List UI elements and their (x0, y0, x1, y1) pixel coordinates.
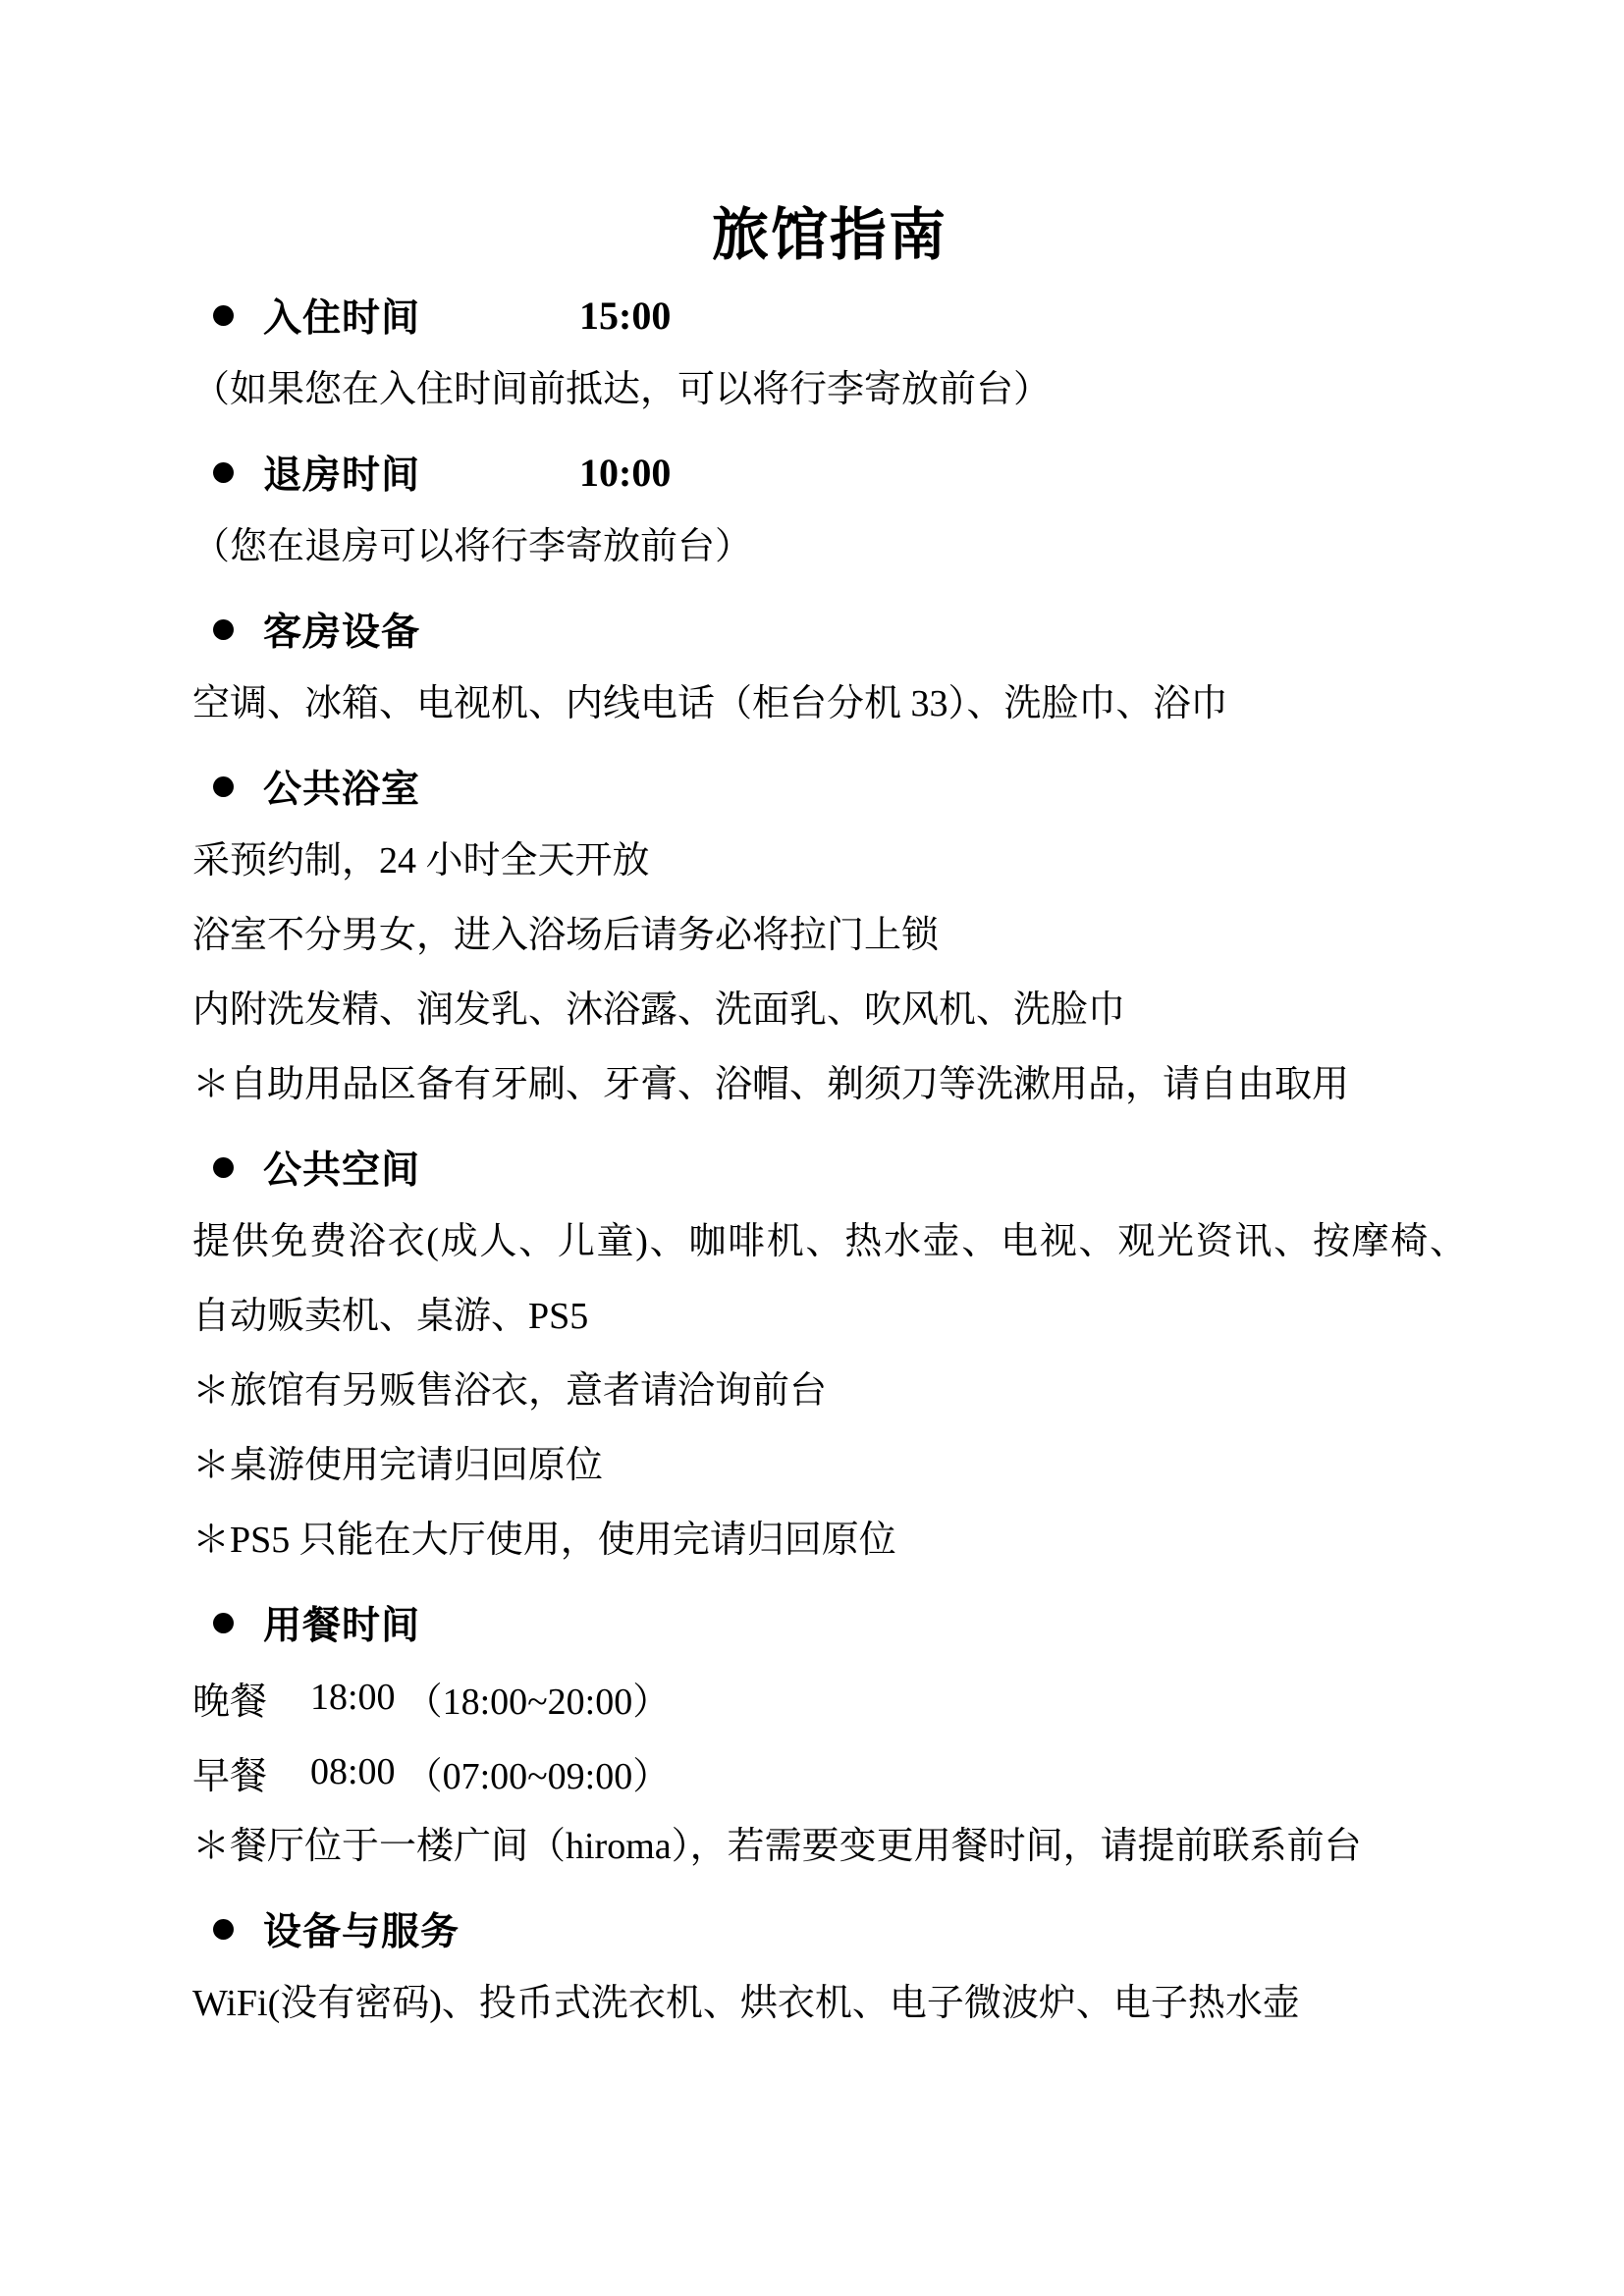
section-heading-row: 公共空间 (192, 1130, 1467, 1204)
section-meal-times: 用餐时间 晚餐 18:00 （18:00~20:00） 早餐 08:00 （07… (192, 1585, 1467, 1884)
breakfast-range: （07:00~09:00） (406, 1745, 671, 1799)
bullet-icon (213, 1157, 234, 1178)
body-line: 浴室不分男女，进入浴场后请务必将拉门上锁 (192, 898, 1467, 973)
section-checkin: 入住时间 15:00 （如果您在入住时间前抵达，可以将行李寄放前台） (192, 278, 1467, 427)
section-facilities-services: 设备与服务 WiFi(没有密码)、投币式洗衣机、烘衣机、电子微波炉、电子热水壶 (192, 1892, 1467, 2041)
dinner-range: （18:00~20:00） (406, 1671, 671, 1725)
section-heading: 公共空间 (263, 1140, 420, 1195)
section-heading: 客房设备 (263, 602, 420, 657)
section-room-facilities: 客房设备 空调、冰箱、电视机、内线电话（柜台分机 33）、洗脸巾、浴巾 (192, 592, 1467, 741)
dinner-time: 18:00 (310, 1676, 396, 1719)
body-line: 空调、冰箱、电视机、内线电话（柜台分机 33）、洗脸巾、浴巾 (192, 667, 1467, 741)
section-heading: 退房时间 (263, 445, 420, 500)
section-heading-row: 退房时间 10:00 (192, 435, 1467, 509)
section-heading: 用餐时间 (263, 1595, 420, 1650)
page-title: 旅馆指南 (192, 189, 1467, 270)
dinner-row: 晚餐 18:00 （18:00~20:00） (192, 1660, 1467, 1735)
section-heading-row: 客房设备 (192, 592, 1467, 667)
section-public-space: 公共空间 提供免费浴衣(成人、儿童)、咖啡机、热水壶、电视、观光资讯、按摩椅、 … (192, 1130, 1467, 1577)
note-line: ＊PS5 只能在大厅使用，使用完请归回原位 (192, 1503, 1467, 1577)
note-line: ＊桌游使用完请归回原位 (192, 1428, 1467, 1503)
note-line: ＊旅馆有另贩售浴衣，意者请洽询前台 (192, 1354, 1467, 1428)
section-heading: 设备与服务 (263, 1901, 460, 1956)
note-line: ＊自助用品区备有牙刷、牙膏、浴帽、剃须刀等洗漱用品，请自由取用 (192, 1047, 1467, 1122)
bullet-icon (213, 1919, 234, 1940)
body-line: 提供免费浴衣(成人、儿童)、咖啡机、热水壶、电视、观光资讯、按摩椅、 (192, 1204, 1467, 1279)
note-line: ＊餐厅位于一楼广间（hiroma），若需要变更用餐时间，请提前联系前台 (192, 1809, 1467, 1884)
bullet-icon (213, 462, 234, 483)
checkout-time-value: 10:00 (579, 435, 671, 509)
section-checkout: 退房时间 10:00 （您在退房可以将行李寄放前台） (192, 435, 1467, 584)
note-line: （如果您在入住时间前抵达，可以将行李寄放前台） (192, 352, 1467, 427)
note-line: （您在退房可以将行李寄放前台） (192, 509, 1467, 584)
section-public-bath: 公共浴室 采预约制，24 小时全天开放 浴室不分男女，进入浴场后请务必将拉门上锁… (192, 749, 1467, 1122)
bullet-icon (213, 619, 234, 640)
section-heading: 入住时间 (263, 288, 420, 343)
bullet-icon (213, 305, 234, 326)
body-line: 内附洗发精、润发乳、沐浴露、洗面乳、吹风机、洗脸巾 (192, 973, 1467, 1047)
checkin-time-value: 15:00 (579, 278, 671, 352)
meal-label: 早餐 (192, 1745, 310, 1799)
breakfast-time: 08:00 (310, 1750, 396, 1793)
body-line: 采预约制，24 小时全天开放 (192, 824, 1467, 898)
bullet-icon (213, 1613, 234, 1633)
meal-label: 晚餐 (192, 1671, 310, 1725)
breakfast-row: 早餐 08:00 （07:00~09:00） (192, 1735, 1467, 1809)
section-heading: 公共浴室 (263, 759, 420, 814)
document-page: 旅馆指南 入住时间 15:00 （如果您在入住时间前抵达，可以将行李寄放前台） … (0, 0, 1624, 2296)
bullet-icon (213, 776, 234, 797)
body-line: WiFi(没有密码)、投币式洗衣机、烘衣机、电子微波炉、电子热水壶 (192, 1966, 1467, 2041)
body-line: 自动贩卖机、桌游、PS5 (192, 1279, 1467, 1354)
section-heading-row: 公共浴室 (192, 749, 1467, 824)
section-heading-row: 入住时间 15:00 (192, 278, 1467, 352)
section-heading-row: 用餐时间 (192, 1585, 1467, 1660)
section-heading-row: 设备与服务 (192, 1892, 1467, 1966)
document-content: 旅馆指南 入住时间 15:00 （如果您在入住时间前抵达，可以将行李寄放前台） … (192, 0, 1467, 2041)
